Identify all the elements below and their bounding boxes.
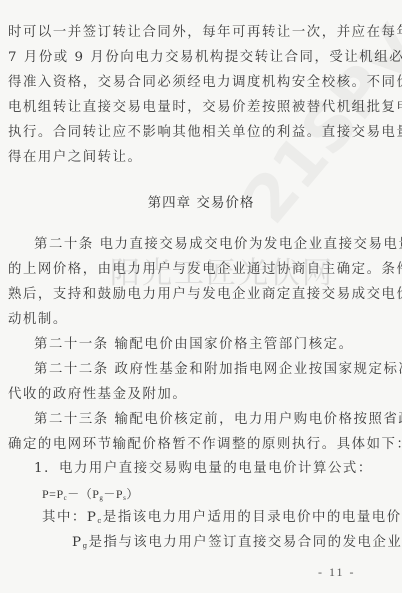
formula-part: P=P: [42, 487, 64, 501]
text-line: 电机组转让直接交易电量时，交易价差按照被替代机组批复电价: [8, 100, 402, 116]
article-20-line: 动机制。: [8, 312, 68, 328]
article-20-line: 第二十条 电力直接交易成交电价为发电企业直接交易电量: [34, 237, 402, 253]
article-23-line: 确定的电网环节输配价格暂不作调整的原则执行。具体如下：: [8, 437, 402, 453]
article-23-line: 第二十三条 输配电价核定前，电力用户购电价格按照省政府: [34, 412, 402, 428]
definition-text: 是指该电力用户适用的目录电价中的电量电价；: [103, 510, 402, 525]
text-line: 时可以一并签订转让合同外，每年可再转让一次，并应在每年的: [8, 25, 402, 41]
item-1: 1．电力用户直接交易购电量的电量电价计算公式：: [34, 461, 373, 477]
text-line: 执行。合同转让应不影响其他相关单位的利益。直接交易电量不: [8, 125, 402, 141]
document-page: 21SPV 时可以一并签订转让合同外，每年可再转让一次，并应在每年的 7 月份或…: [0, 0, 402, 593]
page-number: - 11 -: [318, 565, 356, 580]
text-line: 7 月份或 9 月份向电力交易机构提交转让合同，受让机组必须取: [8, 50, 402, 66]
definition-text: 是指与该电力用户签订直接交易合同的发电企业: [89, 535, 402, 550]
formula-part: －（P: [67, 487, 99, 501]
text-line: 得准入资格，交易合同必须经电力调度机构安全校核。不同价发: [8, 75, 402, 91]
formula-part: ）: [126, 487, 139, 501]
formula-part: －P: [103, 487, 123, 501]
article-20-line: 熟后，支持和鼓励电力用户与发电企业商定直接交易成交电价浮: [8, 287, 402, 303]
article-20-line: 的上网价格，由电力用户与发电企业通过协商自主确定。条件成: [8, 262, 402, 278]
definition-prefix: P: [72, 535, 83, 550]
article-22-line: 第二十二条 政府性基金和附加指电网企业按国家规定标准: [34, 362, 402, 378]
definition-prefix: 其中：P: [42, 510, 97, 525]
definition-pc: 其中：Pc是指该电力用户适用的目录电价中的电量电价；: [42, 510, 402, 529]
article-22-line: 代收的政府性基金及附加。: [8, 387, 187, 403]
text-line: 得在用户之间转让。: [8, 150, 142, 166]
definition-pg: Pg是指与该电力用户签订直接交易合同的发电企业: [72, 535, 402, 554]
article-21: 第二十一条 输配电价由国家价格主管部门核定。: [34, 337, 354, 353]
price-formula: P=Pc－（Pg－Ps）: [42, 486, 139, 506]
chapter-heading: 第四章 交易价格: [0, 191, 402, 211]
